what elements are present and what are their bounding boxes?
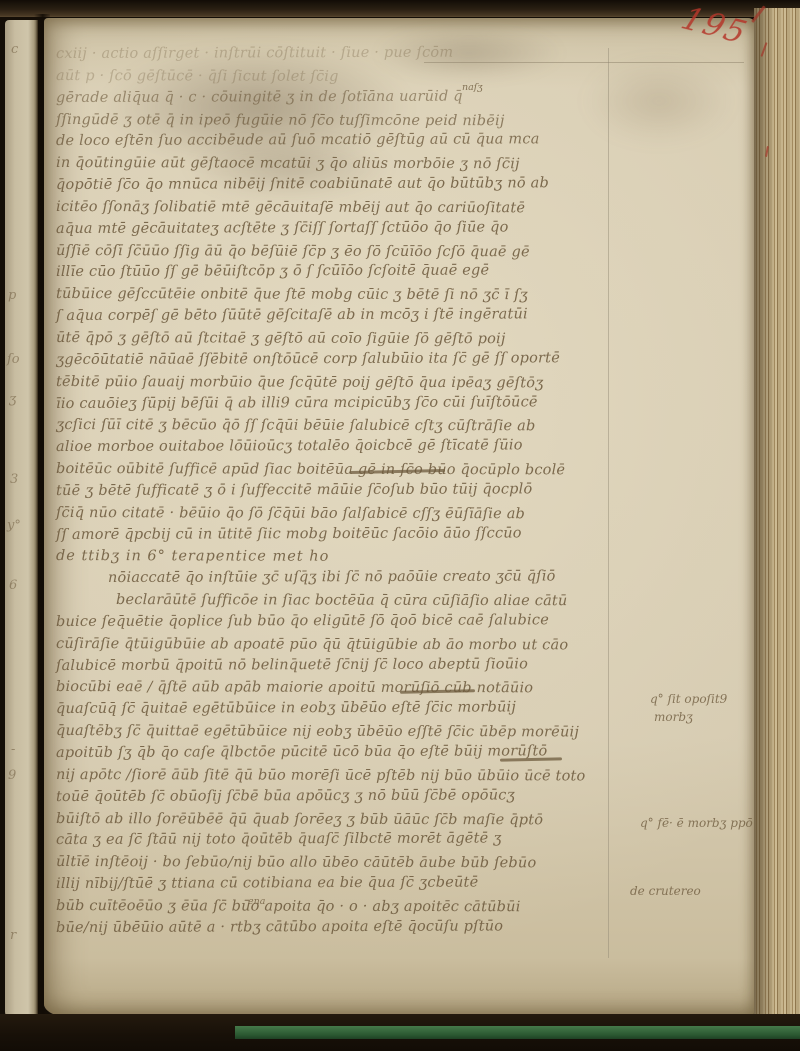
manuscript-line: de loco eſtēn ſuo accibēude aū ſuō mcati… — [56, 129, 636, 153]
manuscript-line: q̄uaſcūq̄ ſc̄ q̄uitaē egētūbūice in eobʒ… — [56, 697, 636, 721]
margin-note: de crutereo — [630, 884, 701, 898]
manuscript-line: ſſ amorē q̄pcbij cū in ūtitē ſiic mobg b… — [56, 523, 636, 547]
manuscript-line: illīe cūo ſtūūo ſſ gē bēūiſtcōp ʒ ō ſ ſc… — [56, 260, 636, 284]
manuscript-line: tūē ʒ bētē ſufficatē ʒ ō i ſuffeccitē mā… — [56, 479, 636, 503]
manuscript-line: gērade aliq̄ua q̄ · c · cōuingitē ʒ in d… — [56, 86, 636, 110]
manuscript-line: nōiaccatē q̄o inſtūie ʒc̄ uſq̄ʒ ibi ſc̄ … — [108, 566, 636, 590]
manuscript-line: būe/nij ūbēūio aūtē a · rtbʒ cātūbo apoi… — [56, 916, 636, 940]
green-edge-strip — [235, 1026, 800, 1039]
manuscript-line: cxiij · actio aſſirget · inſtrūi cōſtitu… — [56, 42, 636, 66]
manuscript-line: aq̄ua mtē gēcāuitateʒ acſtēte ʒ ſc̄iſſ ſ… — [56, 217, 636, 241]
manuscript-line: ſ aq̄ua corpēſ gē bēto ſūūtē gēſcitaſē a… — [56, 304, 636, 328]
verso-fragment: r — [10, 928, 16, 943]
margin-note: q° ſit opoſit9 — [650, 692, 727, 706]
manuscript-line: apoitūb ſʒ q̄b q̄o caſe q̄lbctōe pūcitē … — [56, 741, 636, 765]
interlinear-addition: ena — [248, 896, 265, 907]
verso-fragment: c — [11, 42, 18, 57]
red-edge-mark — [760, 42, 767, 57]
manuscript-line: buice ſeq̄uētie q̄oplice ſub būo q̄o eli… — [56, 610, 636, 634]
manuscript-line: alioe morboe ouitaboe lōūioūcʒ totalēo q… — [56, 435, 636, 459]
margin-note: q° fē· ē morbʒ ppō — [640, 816, 753, 830]
binding-top-edge — [0, 0, 800, 17]
manuscript-line: toūē q̄oūtēb ſc̄ obūoſij ſc̄bē būa apōūc… — [56, 785, 636, 809]
manuscript-line: ʒgēcōūtatiē nāūaē ſſēbitē onſtōūcē corp … — [56, 348, 636, 372]
manuscript-line: ſalubicē morbū q̄poitū nō belinq̄uetē ſc… — [56, 654, 636, 678]
manuscript-line: cāta ʒ ea ſc̄ ſtāū nij toto q̄oūtēb q̄ua… — [56, 828, 636, 852]
interlinear-addition: naſʒ — [462, 82, 483, 93]
verso-fragment: ʒ — [9, 392, 16, 407]
text-block: cxiij · actio aſſirget · inſtrūi cōſtitu… — [56, 44, 636, 940]
verso-fragment: - — [11, 742, 15, 757]
manuscript-line: īio cauōieʒ ſūpij bēſūi q̄ ab illi9 cūra… — [56, 391, 636, 415]
red-edge-mark — [751, 5, 765, 22]
manuscript-photo: { "folio": { "number": "195" }, "colors"… — [0, 0, 800, 1051]
red-edge-mark — [765, 146, 769, 157]
fore-edge — [754, 8, 800, 1026]
verso-fragment: 6 — [9, 578, 17, 593]
verso-fragment: 9 — [8, 768, 16, 783]
manuscript-page: 195 cxiij · actio aſſirget · inſtrūi cōſ… — [44, 18, 756, 1018]
manuscript-line: q̄opōtiē ſc̄o q̄o mnūca nibēij ſnitē coa… — [56, 173, 636, 197]
margin-note: morbʒ — [654, 710, 693, 724]
manuscript-line: illij nībij/ſtūē ʒ ttiana cū cotibiana e… — [56, 872, 636, 896]
verso-fragment: y° — [7, 518, 21, 533]
verso-fragment: 3 — [10, 472, 18, 487]
verso-fragment: ſo — [7, 352, 20, 367]
verso-fragment: p — [8, 288, 16, 303]
